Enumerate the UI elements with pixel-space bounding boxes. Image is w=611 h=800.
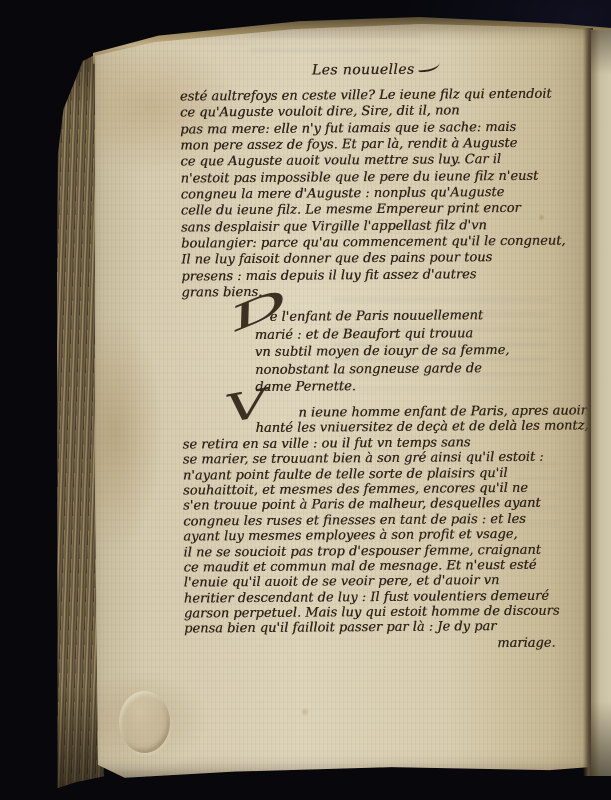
text-line: se marier, se trouuant bien à son gré ai… xyxy=(183,450,575,468)
running-title: Les nouuelles xyxy=(180,60,572,79)
ink-showthrough xyxy=(250,34,420,62)
text-line: pensa bien qu'il failloit passer par là … xyxy=(184,619,576,637)
text-line: dame Pernette. xyxy=(255,377,574,397)
photo-background: Les nouuelles esté aultrefoys en ceste v… xyxy=(0,0,611,800)
text-line: celle du ieune filz. Le mesme Empereur p… xyxy=(181,201,573,220)
paragraph-story: n ieune homme enfant de Paris, apres auo… xyxy=(182,403,576,637)
foxing-spot xyxy=(300,708,310,716)
running-title-text: Les nouuelles xyxy=(312,62,415,79)
text-line: n'estoit pas impossible que le pere du i… xyxy=(180,168,572,187)
text-block: Les nouuelles esté aultrefoys en ceste v… xyxy=(180,60,577,667)
swash-flourish-icon xyxy=(417,60,440,73)
text-line: hanté les vniuersitez de deçà et de delà… xyxy=(255,419,574,437)
blind-stamp xyxy=(119,691,170,753)
facing-page-sliver xyxy=(591,30,611,776)
catchword: mariage. xyxy=(497,636,555,651)
paragraph-augustus: esté aultrefoys en ceste ville? Le ieune… xyxy=(180,86,574,302)
